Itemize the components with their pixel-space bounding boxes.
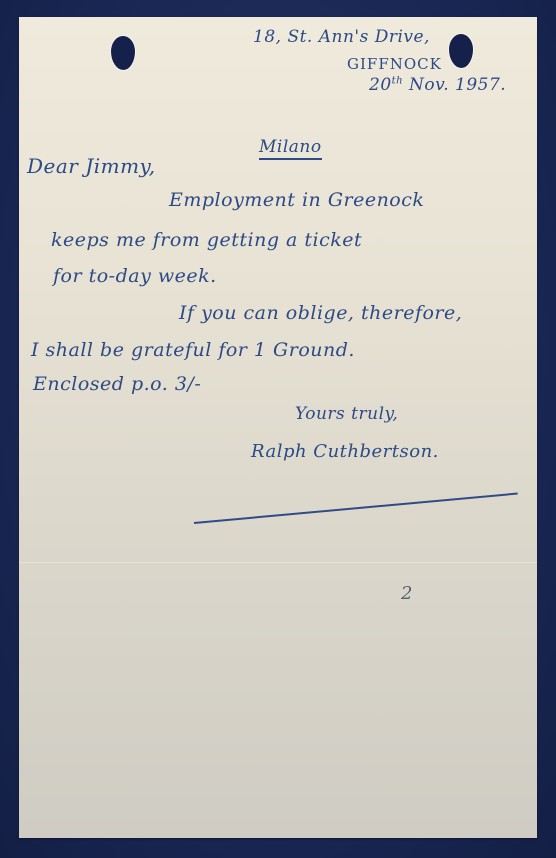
letter-heading: Milano [259,137,322,160]
address-line-street: 18, St. Ann's Drive, [253,27,430,47]
body-line-1: Employment in Greenock [169,189,424,211]
signature-underline [194,493,518,524]
letter-paper: 18, St. Ann's Drive, GIFFNOCK 20th Nov. … [19,17,537,838]
body-line-3: for to-day week. [53,265,217,287]
date-month-year: Nov. 1957. [409,75,506,95]
salutation: Dear Jimmy, [27,154,156,178]
date-day: 20 [369,75,392,95]
paper-fold-line [19,562,537,563]
punch-hole-left [111,36,135,70]
annotation-mark: 2 [401,583,413,604]
body-line-6: Enclosed p.o. 3/- [33,373,201,395]
letter-date: 20th Nov. 1957. [369,75,506,95]
date-suffix: th [392,75,403,86]
body-line-2: keeps me from getting a ticket [51,229,362,251]
punch-hole-right [449,34,473,68]
closing: Yours truly, [295,404,398,424]
body-line-5: I shall be grateful for 1 Ground. [31,339,355,361]
address-line-town: GIFFNOCK [347,55,442,73]
signature: Ralph Cuthbertson. [251,441,439,462]
body-line-4: If you can oblige, therefore, [179,302,462,324]
